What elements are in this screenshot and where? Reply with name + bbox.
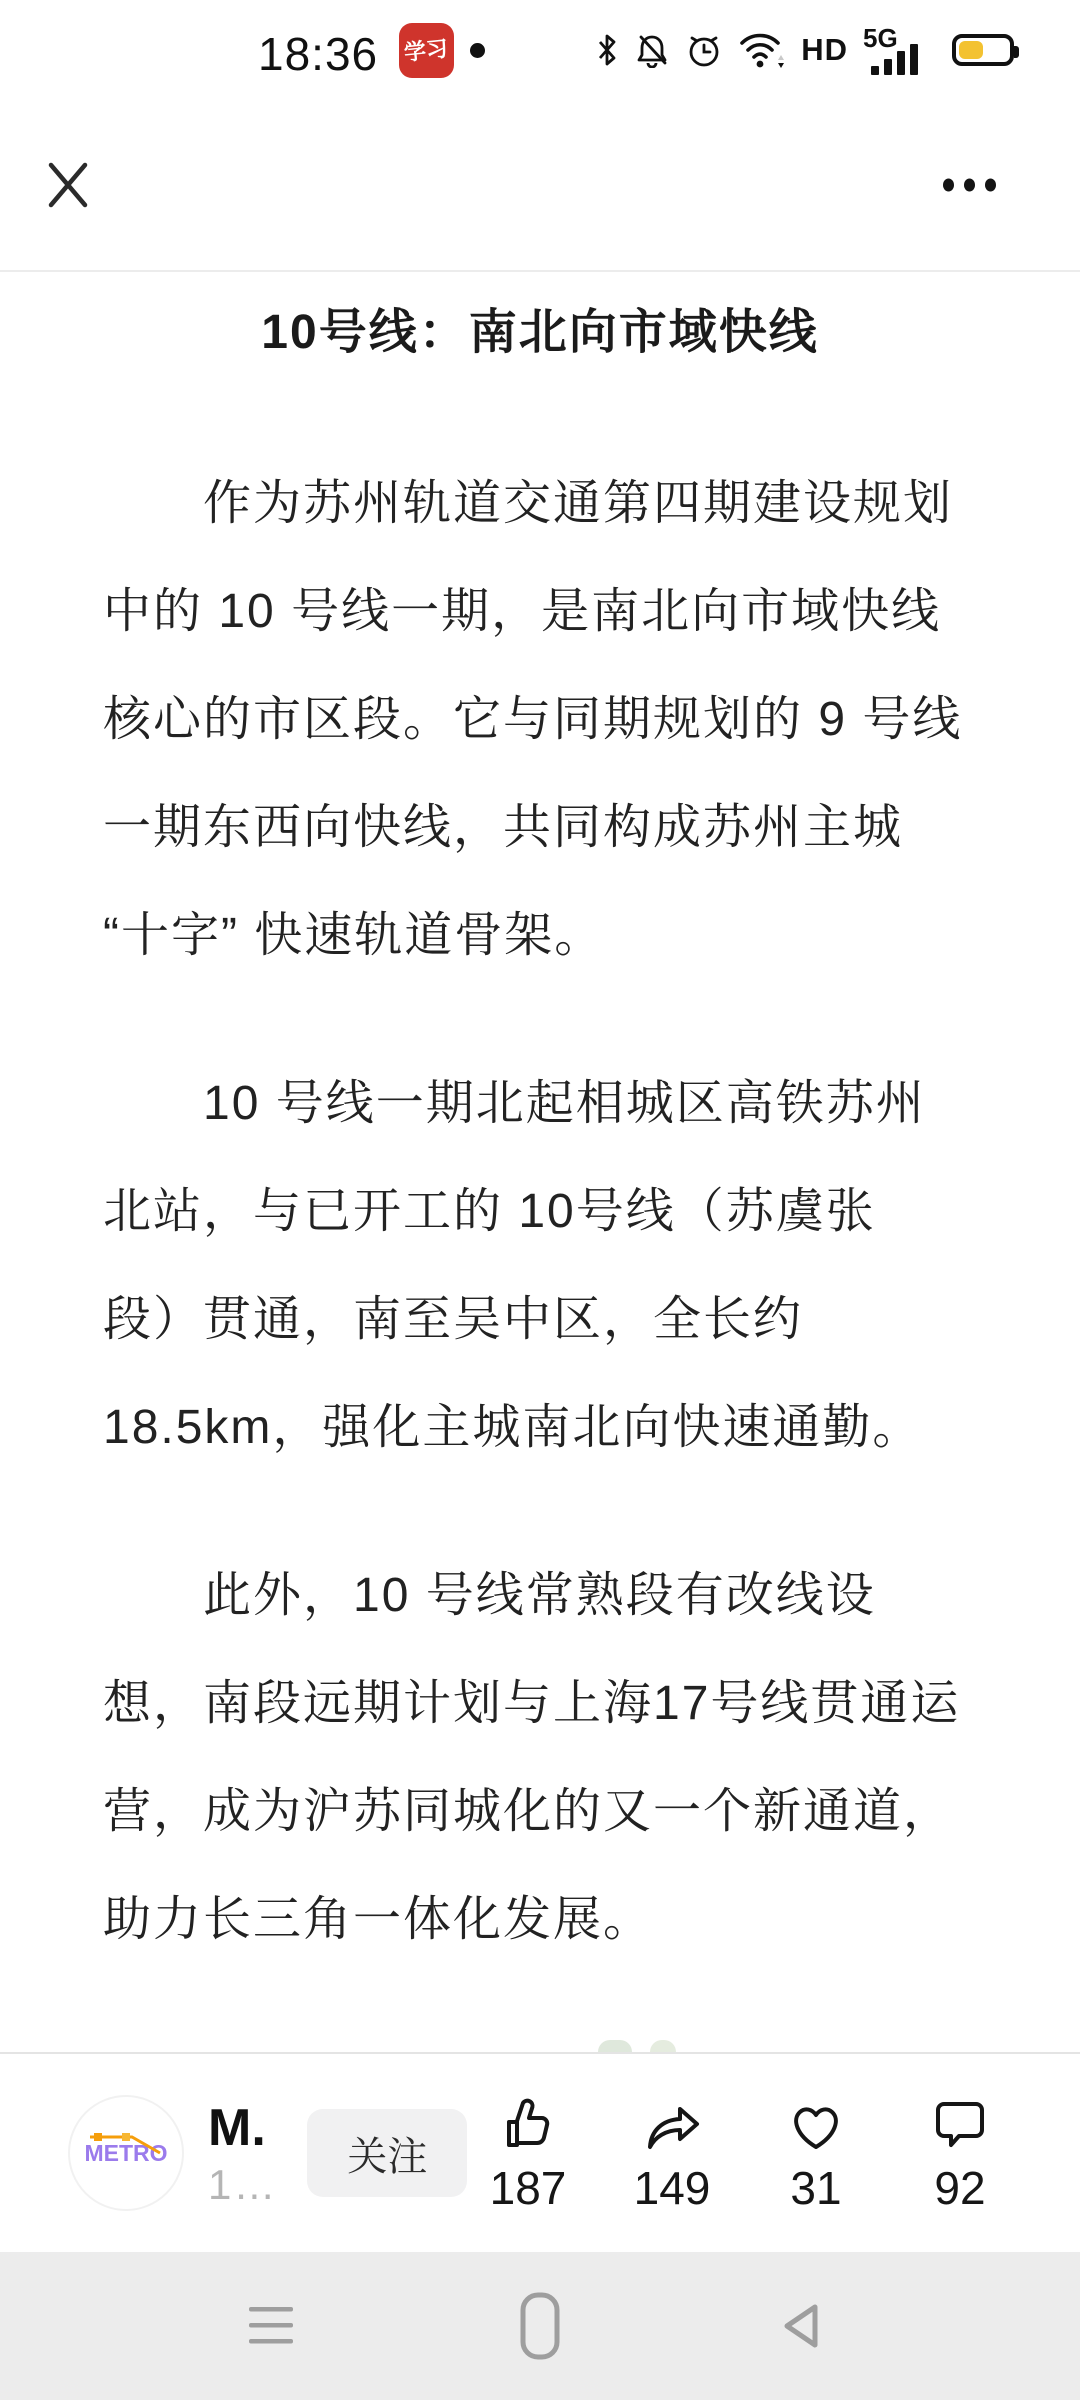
comment-button[interactable]: 92: [910, 2095, 1010, 2211]
heart-icon: [784, 2095, 848, 2159]
status-bar: 18:36 学习: [0, 0, 1080, 100]
5g-signal-icon: 5G: [863, 25, 937, 75]
notifications-muted-icon: [634, 32, 670, 68]
share-count: 149: [634, 2165, 711, 2211]
system-nav-bar: [0, 2252, 1080, 2400]
notification-dot-icon: [470, 43, 485, 58]
share-button[interactable]: 149: [622, 2095, 722, 2211]
favorite-count: 31: [790, 2165, 841, 2211]
phone-screen: 18:36 学习: [0, 0, 1080, 2400]
metro-route-graphic: [86, 2129, 164, 2155]
battery-icon: [952, 34, 1014, 66]
more-options-button[interactable]: [943, 169, 996, 202]
alarm-icon: [685, 31, 723, 69]
comment-bubble-icon: [928, 2095, 992, 2159]
recents-menu-icon: [248, 2305, 294, 2347]
clock-time: 18:36: [258, 27, 378, 81]
next-image-peek: [598, 2040, 632, 2052]
wifi-icon: [738, 31, 786, 69]
article-paragraph: 此外，10 号线常熟段有改线设 想，南段远期计划与上海17号线贯通运 营，成为沪…: [103, 1542, 977, 1974]
favorite-button[interactable]: 31: [766, 2095, 866, 2211]
author-subtitle: 1…: [208, 2164, 277, 2206]
recents-button[interactable]: [248, 2305, 294, 2347]
comment-count: 92: [934, 2165, 985, 2211]
home-pill-icon: [517, 2292, 563, 2360]
like-count: 187: [490, 2165, 567, 2211]
close-button[interactable]: [40, 154, 96, 216]
status-icons: HD 5G: [595, 0, 1014, 100]
bluetooth-icon: [595, 33, 619, 67]
signal-bars-icon: [871, 44, 918, 75]
battery-fill: [959, 41, 983, 59]
like-button[interactable]: 187: [478, 2095, 578, 2211]
thumbs-up-icon: [495, 2095, 561, 2159]
article-header: [0, 100, 1080, 272]
more-icon: [943, 179, 954, 192]
back-button[interactable]: [775, 2298, 825, 2354]
author-info[interactable]: M. 1…: [208, 2100, 277, 2205]
follow-button[interactable]: 关注: [307, 2109, 467, 2197]
battery-nub: [1014, 46, 1019, 58]
engagement-bar: METRO M. 1… 关注 187 149: [0, 2052, 1080, 2252]
author-name: M.: [208, 2100, 277, 2157]
xuexi-app-badge-icon: 学习: [399, 23, 454, 78]
next-image-peek: [650, 2040, 676, 2052]
home-button[interactable]: [517, 2292, 563, 2360]
engagement-actions: 187 149 31 92: [478, 2095, 1010, 2211]
back-triangle-icon: [775, 2298, 825, 2354]
author-avatar[interactable]: METRO: [68, 2095, 184, 2211]
article-title: 10号线：南北向市域快线: [103, 302, 977, 364]
article-body: 10号线：南北向市域快线 作为苏州轨道交通第四期建设规划 中的 10 号线一期，…: [0, 274, 1080, 2034]
hd-badge: HD: [801, 32, 848, 68]
app-badge-label: 学习: [403, 37, 449, 63]
article-paragraph: 10 号线一期北起相城区高铁苏州 北站，与已开工的 10号线（苏虞张 段）贯通，…: [103, 1050, 977, 1482]
share-arrow-icon: [640, 2095, 704, 2159]
article-paragraph: 作为苏州轨道交通第四期建设规划 中的 10 号线一期，是南北向市域快线 核心的市…: [103, 450, 977, 990]
